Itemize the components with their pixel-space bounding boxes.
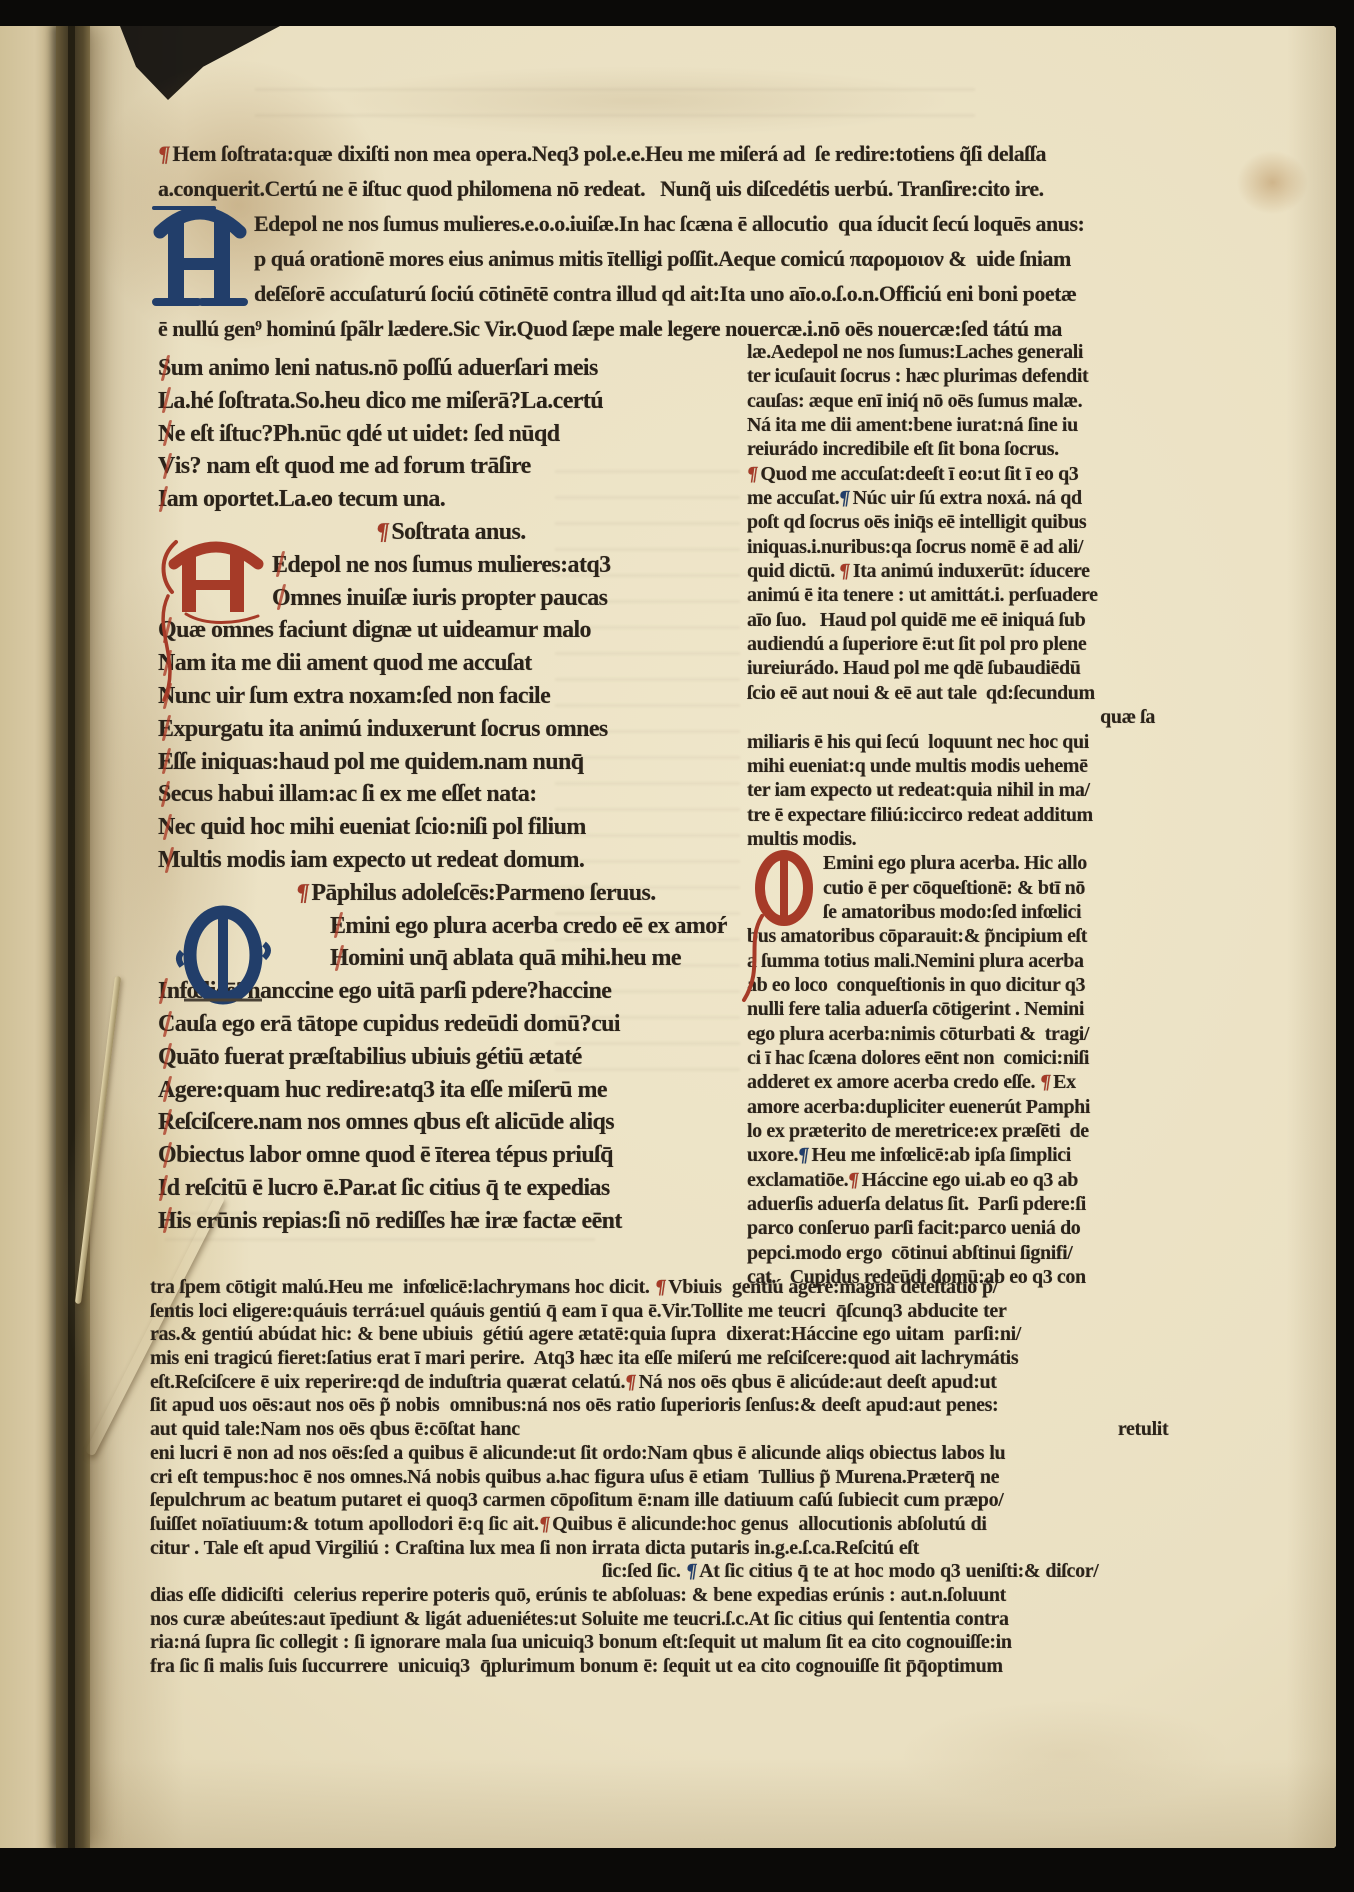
rubricated-capital: Q [158, 1041, 176, 1074]
text-line: a ſumma totius mali.Nemini plura acerba [747, 949, 1167, 973]
rubricated-capital: I [158, 1172, 167, 1205]
photo-background-right [1336, 0, 1354, 1892]
pilcrow-red-icon: ¶ [537, 1513, 551, 1537]
rubricated-capital: C [158, 1008, 175, 1041]
text-line: cauſas: æque enī iniq́ nō oēs ſumus malæ… [747, 389, 1167, 413]
pilcrow-blue-icon: ¶ [796, 1143, 810, 1167]
text-line: aut quid tale:Nam nos oēs qbus ē:cōſtat … [150, 1418, 1248, 1442]
text-line: Quāto fuerat præſtabilius ubiuis gétiū æ… [158, 1041, 666, 1074]
rubricated-capital: E [158, 713, 173, 746]
text-line: animú ē ita tenere : ut amittát.i. perſu… [747, 583, 1167, 607]
rubricated-capital: S [158, 352, 171, 385]
text-line: audiendú a ſuperiore ē:ut ſit pol pro pl… [747, 632, 1167, 656]
text-line: Secus habui illam:ac ſi ex me eſſet nata… [158, 778, 666, 811]
text-line: mis eni tragicú fieret:ſatius erat ī mar… [150, 1347, 1248, 1371]
text-line: quid dictū. ¶Ita animú induxerūt: íducer… [747, 559, 1167, 583]
rubricated-capital: M [158, 844, 180, 877]
text-line: Agere:quam huc redire:atq3 ita eſſe miſe… [158, 1074, 666, 1107]
text-line: me accuſat.¶Núc uir ſú extra noxá. ná qd [747, 486, 1167, 510]
text-line: exclamatiōe.¶Háccine ego ui.ab eo q3 ab [747, 1168, 1167, 1192]
text-line: ego plura acerba:nimis cōturbati & tragi… [747, 1022, 1167, 1046]
text-line: læ.Aedepol ne nos ſumus:Laches generali [747, 340, 1167, 364]
text-line: Eſſe iniquas:haud pol me quidem.nam nunq… [158, 746, 666, 779]
rubricated-capital: A [158, 1074, 175, 1107]
text-line: nulli fere talia aduerſa cōtigerint . Ne… [747, 997, 1167, 1021]
pilcrow-red-icon: ¶ [156, 136, 172, 171]
pilcrow-red-icon: ¶ [294, 877, 311, 910]
pilcrow-red-icon: ¶ [374, 516, 391, 549]
rubricated-capital: L [158, 385, 173, 418]
rubricated-capital: O [272, 582, 290, 615]
text-line: Nec quid hoc mihi eueniat ſcio:niſi pol … [158, 811, 666, 844]
illuminated-initial-N-red-icon [750, 850, 818, 930]
text-line: Cauſa ego erā tātope cupidus redeūdi dom… [158, 1008, 666, 1041]
text-line: ſepulchrum ac beatum putaret ei quoq3 ca… [150, 1489, 1248, 1513]
text-line: citur . Tale eſt apud Virgiliú : Craſtin… [150, 1537, 1248, 1561]
text-line: tre ē expectare filiú:iccirco redeat add… [747, 803, 1167, 827]
pilcrow-red-icon: ¶ [847, 1168, 861, 1192]
illuminated-initial-A-red-icon [166, 540, 266, 620]
text-line: a.conquerit.Certú ne ē iſtuc quod philom… [158, 171, 1166, 206]
photograph-of-book-page: { "document": { "kind": "incunabulum pri… [0, 0, 1354, 1892]
text-line: tra ſpem cōtigit malú.Heu me infœlicē:la… [150, 1276, 1248, 1300]
text-line: Expurgatu ita animú induxerunt ſocrus om… [158, 713, 666, 746]
text-line: ci ī hac ſcæna dolores eēnt non comici:n… [747, 1046, 1167, 1070]
rubricated-capital: E [158, 746, 173, 779]
text-line: pepci.modo ergo cōtinui abſtinui ſignifi… [747, 1241, 1167, 1265]
rubricated-capital: N [158, 418, 175, 451]
text-line: aduerſis aduerſa delatus ſit. Parſi pder… [747, 1192, 1167, 1216]
text-line: ſit apud uos oēs:aut nos oēs p̃ nobis om… [150, 1394, 1248, 1418]
text-line: ter icuſauit ſocrus : hæc plurimas defen… [747, 364, 1167, 388]
text-line: ¶Quod me accuſat:deeſt ī eo:ut ſit ī eo … [747, 462, 1167, 486]
illuminated-initial-N-blue-icon [176, 904, 271, 1006]
previous-leaf-edge [0, 26, 58, 1848]
rubricated-capital: E [272, 549, 287, 582]
binding-gutter-shadow [68, 24, 75, 1850]
text-line: miliaris ē his qui ſecú loquunt nec hoc … [747, 730, 1167, 754]
pilcrow-red-icon: ¶ [624, 1371, 638, 1395]
text-line: Multis modis iam expecto ut redeat domum… [158, 844, 666, 877]
text-line: deſēſorē accuſaturú ſociú cōtinētē contr… [158, 276, 1166, 311]
text-line: mihi eueniat:q unde multis modis uehemē [747, 754, 1167, 778]
text-line: dias eſſe didiciſti celerius reperire po… [150, 1584, 1248, 1608]
pilcrow-red-icon: ¶ [1038, 1070, 1052, 1094]
text-line: iniquas.i.nuribus:qa ſocrus nomē ē ad al… [747, 535, 1167, 559]
text-line: ſuiſſet noīatiuum:& totum apollodori ē:q… [150, 1513, 1248, 1537]
rubricated-capital: H [330, 942, 348, 975]
text-line: ab eo loco conqueſtionis in quo dicitur … [747, 973, 1167, 997]
rubricated-capital: R [158, 1106, 175, 1139]
illuminated-initial-A-blue-icon [154, 202, 246, 314]
text-line: quæ ſa [747, 705, 1167, 729]
text-line: aīo ſuo. Haud pol quidē me eē iniquá ſub [747, 608, 1167, 632]
text-line: ras.& gentiú abúdat hic: & bene ubiuis g… [150, 1323, 1248, 1347]
photo-background-bottom [0, 1848, 1354, 1892]
text-line: Nam ita me dii ament quod me accuſat [158, 647, 666, 680]
rubricated-capital: S [158, 778, 171, 811]
text-line: adderet ex amore acerba credo eſſe. ¶Ex [747, 1070, 1167, 1094]
rubricated-capital: I [158, 483, 167, 516]
rubricated-capital: O [158, 1139, 176, 1172]
text-line: amore acerba:dupliciter euenerút Pamphi [747, 1095, 1167, 1119]
text-line: Reſciſcere.nam nos omnes qbus eſt alicūd… [158, 1106, 666, 1139]
pilcrow-blue-icon: ¶ [838, 486, 852, 510]
text-line: ria:ná ſupra ſic collegit : ſi ignorare … [150, 1631, 1248, 1655]
pilcrow-blue-icon: ¶ [684, 1560, 698, 1584]
pilcrow-red-icon: ¶ [838, 559, 852, 583]
text-line: ſic:ſed ſic. ¶At ſic citius q̄ te at hoc… [150, 1560, 1248, 1584]
rubricated-capital: V [158, 450, 175, 483]
text-line: Sum animo leni natus.nō poſſú aduerſari … [158, 352, 666, 385]
text-line: parco conſeruo parſi facit:parco ueniá d… [747, 1216, 1167, 1240]
rubricated-capital: N [158, 811, 175, 844]
text-line: Vis? nam eſt quod me ad forum trāſire [158, 450, 666, 483]
text-line: uxore.¶Heu me infœlicē:ab ipſa ſimplici [747, 1143, 1167, 1167]
rubricated-capital: E [330, 910, 345, 943]
introductory-commentary-block: ¶Hem ſoſtrata:quæ dixiſti non mea opera.… [158, 136, 1166, 346]
text-line: reiurádo incredibile eſt ſit bona ſocrus… [747, 437, 1167, 461]
text-line: Ne eſt iſtuc?Ph.nūc qdé ut uidet: ſed nū… [158, 418, 666, 451]
text-line: ſentis loci eligere:quáuis terrá:uel quá… [150, 1300, 1248, 1324]
verse-text-column: Sum animo leni natus.nō poſſú aduerſari … [158, 352, 666, 1238]
text-line: cri eſt tempus:hoc ē nos omnes.Ná nobis … [150, 1466, 1248, 1490]
text-line: Ná ita me dii ament:bene iurat:ná ſine i… [747, 413, 1167, 437]
text-line: eni lucri ē non ad nos oēs:ſed a quibus … [150, 1442, 1248, 1466]
text-line: fra ſic ſi malis ſuis ſuccurrere unicuiq… [150, 1655, 1248, 1679]
rubricated-capital: I [158, 975, 167, 1008]
text-line: La.hé ſoſtrata.So.heu dico me miſerā?La.… [158, 385, 666, 418]
commentary-full-width-block: tra ſpem cōtigit malú.Heu me infœlicē:la… [150, 1276, 1248, 1679]
pilcrow-red-icon: ¶ [745, 462, 759, 486]
text-line: multis modis. [747, 827, 1167, 851]
text-line: Id reſcitū ē lucro ē.Par.at ſic citius q… [158, 1172, 666, 1205]
text-line: ſcio eē aut noui & eē aut tale qd:ſecund… [747, 681, 1167, 705]
text-line: eſt.Reſciſcere ē uix reperire:qd de indu… [150, 1371, 1248, 1395]
text-line: Nunc uir ſum extra noxam:ſed non facile [158, 680, 666, 713]
text-line: ter iam expecto ut redeat:quia nihil in … [747, 778, 1167, 802]
photo-background-top [0, 0, 1354, 26]
text-line: iureiurádo. Haud pol me qdē ſubaudiēdū [747, 656, 1167, 680]
commentary-column: læ.Aedepol ne nos ſumus:Laches generalit… [747, 340, 1167, 1289]
text-line: nos curæ abeútes:aut īpediunt & ligát ad… [150, 1608, 1248, 1632]
text-line: Obiectus labor omne quod ē īterea tépus … [158, 1139, 666, 1172]
text-line: Edepol ne nos ſumus mulieres.e.o.o.iuiſæ… [158, 206, 1166, 241]
text-line: ¶Hem ſoſtrata:quæ dixiſti non mea opera.… [158, 136, 1166, 171]
text-line: lo ex præterito de meretrice:ex præſēti … [747, 1119, 1167, 1143]
rubricated-capital: H [158, 1205, 176, 1238]
text-line: p quá orationē mores eius animus mitis ī… [158, 241, 1166, 276]
text-line: poſt qd ſocrus oēs iniq̄s eē intelligit … [747, 510, 1167, 534]
text-line: Iam oportet.La.eo tecum una. [158, 483, 666, 516]
pilcrow-red-icon: ¶ [653, 1276, 667, 1300]
text-line: His erūnis repias:ſi nō rediſſes hæ iræ … [158, 1205, 666, 1238]
